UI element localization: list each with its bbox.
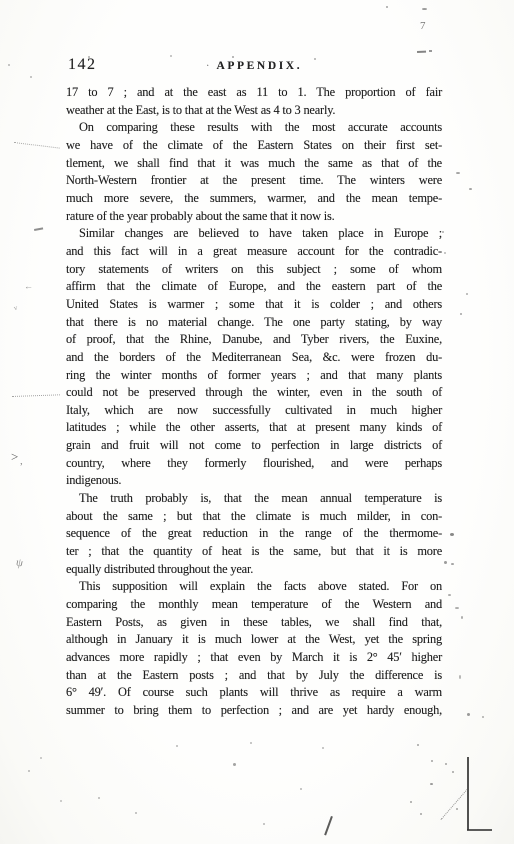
scan-speckle xyxy=(176,745,178,747)
scan-mark-line xyxy=(324,816,332,835)
running-head-text: APPENDIX. xyxy=(217,60,303,72)
text-line: North-Western frontier at the present ti… xyxy=(66,172,442,190)
scan-speckle xyxy=(233,763,236,766)
scan-mark-line xyxy=(467,757,469,830)
page-text: 17 to 7 ; and at the east as 11 to 1. Th… xyxy=(66,84,442,720)
scan-mark-line xyxy=(429,50,432,52)
scan-speckle xyxy=(431,760,433,762)
scan-speckle xyxy=(135,812,137,814)
text-line: grain and fruit will not come to perfect… xyxy=(66,437,442,455)
scan-speckle xyxy=(28,770,30,772)
scan-mark-glyph: v xyxy=(13,305,18,313)
text-line: sequence of the great reduction in the r… xyxy=(66,525,442,543)
text-line: comparing the monthly mean temperature o… xyxy=(66,596,442,614)
text-line: equally distributed throughout the year. xyxy=(66,561,442,579)
scan-speckle xyxy=(444,252,446,254)
text-line: and this fact will in a great measure ac… xyxy=(66,243,442,261)
scan-speckle xyxy=(8,64,10,66)
scan-speckle xyxy=(263,823,265,825)
scan-mark-glyph: ← xyxy=(24,282,33,291)
text-line: although in January it is much lower at … xyxy=(66,631,442,649)
scan-speckle xyxy=(452,771,454,773)
scan-speckle xyxy=(445,763,447,765)
text-line: weather at the East, is to that at the W… xyxy=(66,102,442,120)
scan-speckle xyxy=(420,813,422,815)
text-line: On comparing these results with the most… xyxy=(66,119,442,137)
header-dot-artifact: · xyxy=(206,60,217,72)
book-page: 142 · APPENDIX. 17 to 7 ; and at the eas… xyxy=(0,0,514,844)
text-line: Similar changes are believed to have tak… xyxy=(66,225,442,243)
scan-speckle xyxy=(461,616,463,619)
scan-speckle xyxy=(40,757,42,759)
scan-mark-line xyxy=(417,51,426,53)
text-line: tlement, we shall find that it was much … xyxy=(66,155,442,173)
scan-speckle xyxy=(456,808,458,810)
scan-scribble xyxy=(441,789,468,820)
text-line: 17 to 7 ; and at the east as 11 to 1. Th… xyxy=(66,84,442,102)
text-line: country, where they formerly flourished,… xyxy=(66,455,442,473)
text-line: affirm that the climate of Europe, and t… xyxy=(66,278,442,296)
scan-mark-glyph: , xyxy=(20,456,23,467)
text-line: about the same ; but that the climate is… xyxy=(66,508,442,526)
scan-speckle xyxy=(467,713,470,716)
scan-speckle xyxy=(422,8,427,10)
text-line: This supposition will explain the facts … xyxy=(66,578,442,596)
scan-speckle xyxy=(410,801,412,803)
scan-speckle xyxy=(450,533,454,536)
scan-speckle xyxy=(459,675,461,679)
text-line: rature of the year probably about the sa… xyxy=(66,208,442,226)
scan-mark-glyph: ψ xyxy=(15,557,24,569)
text-line: ter ; that the quantity of heat is the s… xyxy=(66,543,442,561)
scan-speckle xyxy=(444,561,447,564)
scan-speckle xyxy=(442,231,444,233)
scan-speckle xyxy=(451,563,454,565)
scan-speckle xyxy=(460,313,462,315)
scan-speckle xyxy=(314,58,316,60)
scan-speckle xyxy=(98,797,100,799)
scan-speckle xyxy=(448,594,451,596)
scan-scribble xyxy=(12,394,60,397)
scan-speckle xyxy=(88,56,90,58)
text-line: The truth probably is, that the mean ann… xyxy=(66,490,442,508)
text-line: Italy, which are now successfully cultiv… xyxy=(66,402,442,420)
scan-speckle xyxy=(430,783,433,785)
text-line: and the borders of the Mediterranean Sea… xyxy=(66,349,442,367)
page-header: 142 · APPENDIX. xyxy=(66,56,442,78)
scan-speckle xyxy=(417,744,419,746)
text-line: 6° 49′. Of course such plants will thriv… xyxy=(66,684,442,702)
scan-speckle xyxy=(386,6,388,8)
scan-speckle xyxy=(250,742,252,744)
scan-scribble xyxy=(14,142,60,149)
text-line: United States is warmer ; some that it i… xyxy=(66,296,442,314)
text-line: than at the Eastern posts ; and that by … xyxy=(66,667,442,685)
scan-speckle xyxy=(30,76,32,78)
text-line: of proof, that the Rhine, Danube, and Ty… xyxy=(66,331,442,349)
scan-speckle xyxy=(456,172,460,174)
text-line: tory statements of writers on this subje… xyxy=(66,261,442,279)
text-line: that there is no material change. The on… xyxy=(66,314,442,332)
scan-mark-line xyxy=(34,227,43,230)
text-line: we have of the climate of the Eastern St… xyxy=(66,137,442,155)
scan-speckle xyxy=(60,800,62,802)
scan-mark-glyph: > xyxy=(11,450,18,463)
text-line: ring the winter months of former years ;… xyxy=(66,367,442,385)
text-line: summer to bring them to perfection ; and… xyxy=(66,702,442,720)
text-line: indigenous. xyxy=(66,472,442,490)
scan-speckle xyxy=(300,788,302,790)
scan-speckle xyxy=(232,56,234,58)
running-head: · APPENDIX. xyxy=(66,60,442,72)
scan-speckle xyxy=(170,55,172,57)
scan-speckle xyxy=(466,293,468,295)
text-line: could not be preserved through the winte… xyxy=(66,384,442,402)
text-line: much more severe, the summers, warmer, a… xyxy=(66,190,442,208)
scan-speckle xyxy=(322,747,324,749)
text-line: advances more rapidly ; that even by Mar… xyxy=(66,649,442,667)
text-line: Eastern Posts, as given in these tables,… xyxy=(66,614,442,632)
text-line: latitudes ; while the other asserts, tha… xyxy=(66,419,442,437)
scan-speckle xyxy=(469,188,472,190)
scan-speckle xyxy=(455,607,459,609)
scan-mark-glyph: 7 xyxy=(420,21,426,32)
scan-speckle xyxy=(482,716,484,718)
scan-mark-line xyxy=(467,829,492,831)
